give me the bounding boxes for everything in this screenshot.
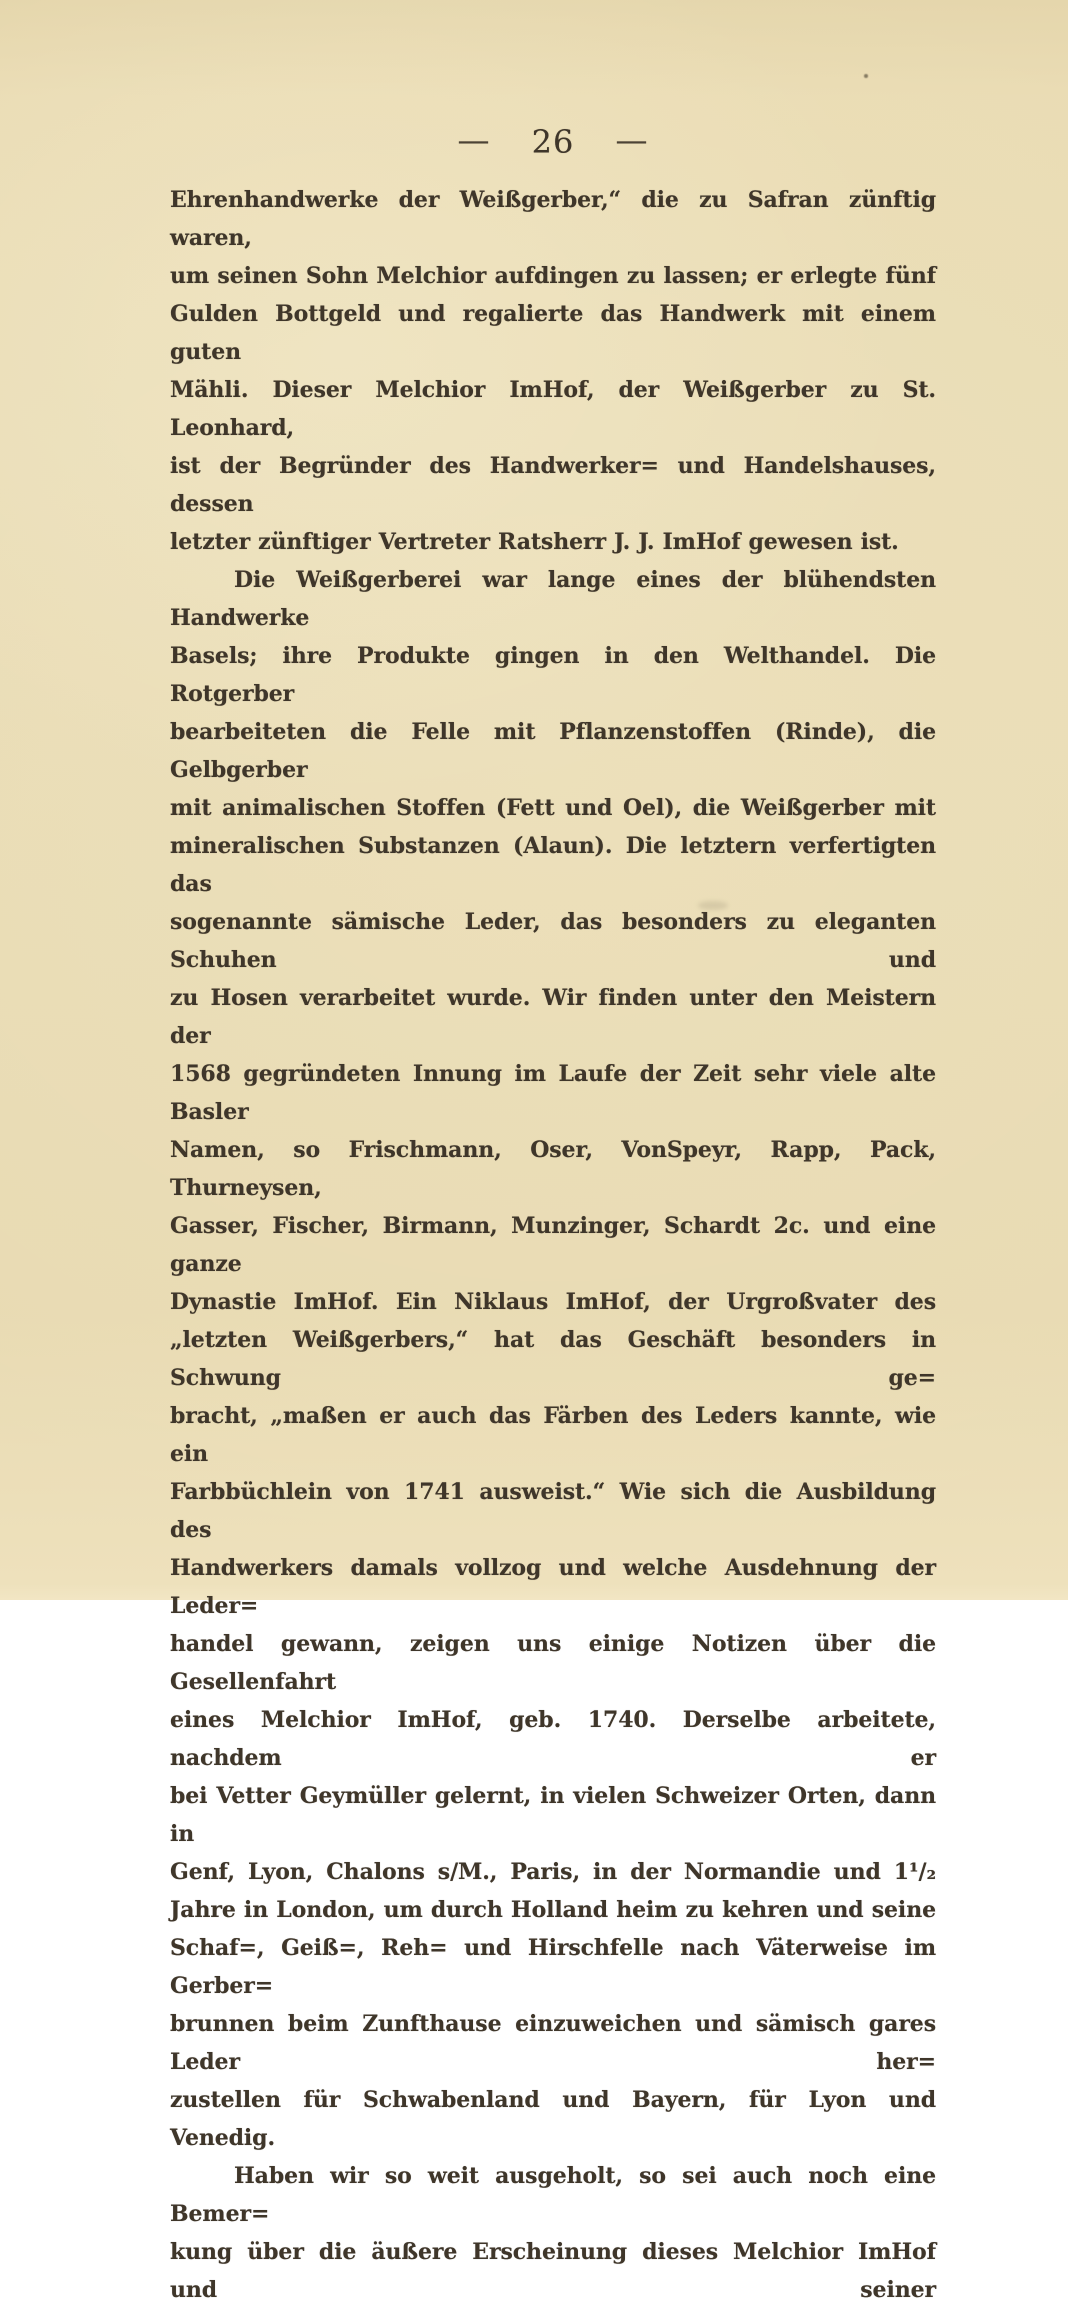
text-line: Dynastie ImHof. Ein Niklaus ImHof, der U… [170,1283,936,1321]
text-line: Mähli. Dieser Melchior ImHof, der Weißge… [170,371,936,447]
text-line: Namen, so Frischmann, Oser, VonSpeyr, Ra… [170,1131,936,1207]
text-line: Handwerkers damals vollzog und welche Au… [170,1549,936,1600]
text-line: Die Weißgerberei war lange eines der blü… [170,561,936,637]
text-line: „letzten Weißgerbers,“ hat das Geschäft … [170,1321,936,1397]
header-dash-left: — [457,120,490,160]
text-line: ist der Begründer des Handwerker= und Ha… [170,447,936,523]
text-line: letzter zünftiger Vertreter Ratsherr J. … [170,523,936,561]
text-line: bracht, „maßen er auch das Färben des Le… [170,1397,936,1473]
ink-speck [864,74,868,78]
text-line: Gasser, Fischer, Birmann, Munzinger, Sch… [170,1207,936,1283]
header-dash-right: — [616,120,649,160]
page-number: 26 [532,123,575,161]
text-line: Basels; ihre Produkte gingen in den Welt… [170,637,936,713]
text-line: Ehrenhandwerke der Weißgerber,“ die zu S… [170,181,936,257]
text-line: Gulden Bottgeld und regalierte das Handw… [170,295,936,371]
page-body: Ehrenhandwerke der Weißgerber,“ die zu S… [170,181,936,1600]
text-line: zu Hosen verarbeitet wurde. Wir finden u… [170,979,936,1055]
page-header: — 26 — [170,122,936,162]
text-line: 1568 gegründeten Innung im Laufe der Zei… [170,1055,936,1131]
text-line: mit animalischen Stoffen (Fett und Oel),… [170,789,936,827]
text-line: sogenannte sämische Leder, das besonders… [170,903,936,979]
text-line: Farbbüchlein von 1741 ausweist.“ Wie sic… [170,1473,936,1549]
text-line: bearbeiteten die Felle mit Pflanzenstoff… [170,713,936,789]
text-line: um seinen Sohn Melchior aufdingen zu las… [170,257,936,295]
text-line: mineralischen Substanzen (Alaun). Die le… [170,827,936,903]
scanned-book-page: — 26 — Ehrenhandwerke der Weißgerber,“ d… [0,0,1068,1600]
